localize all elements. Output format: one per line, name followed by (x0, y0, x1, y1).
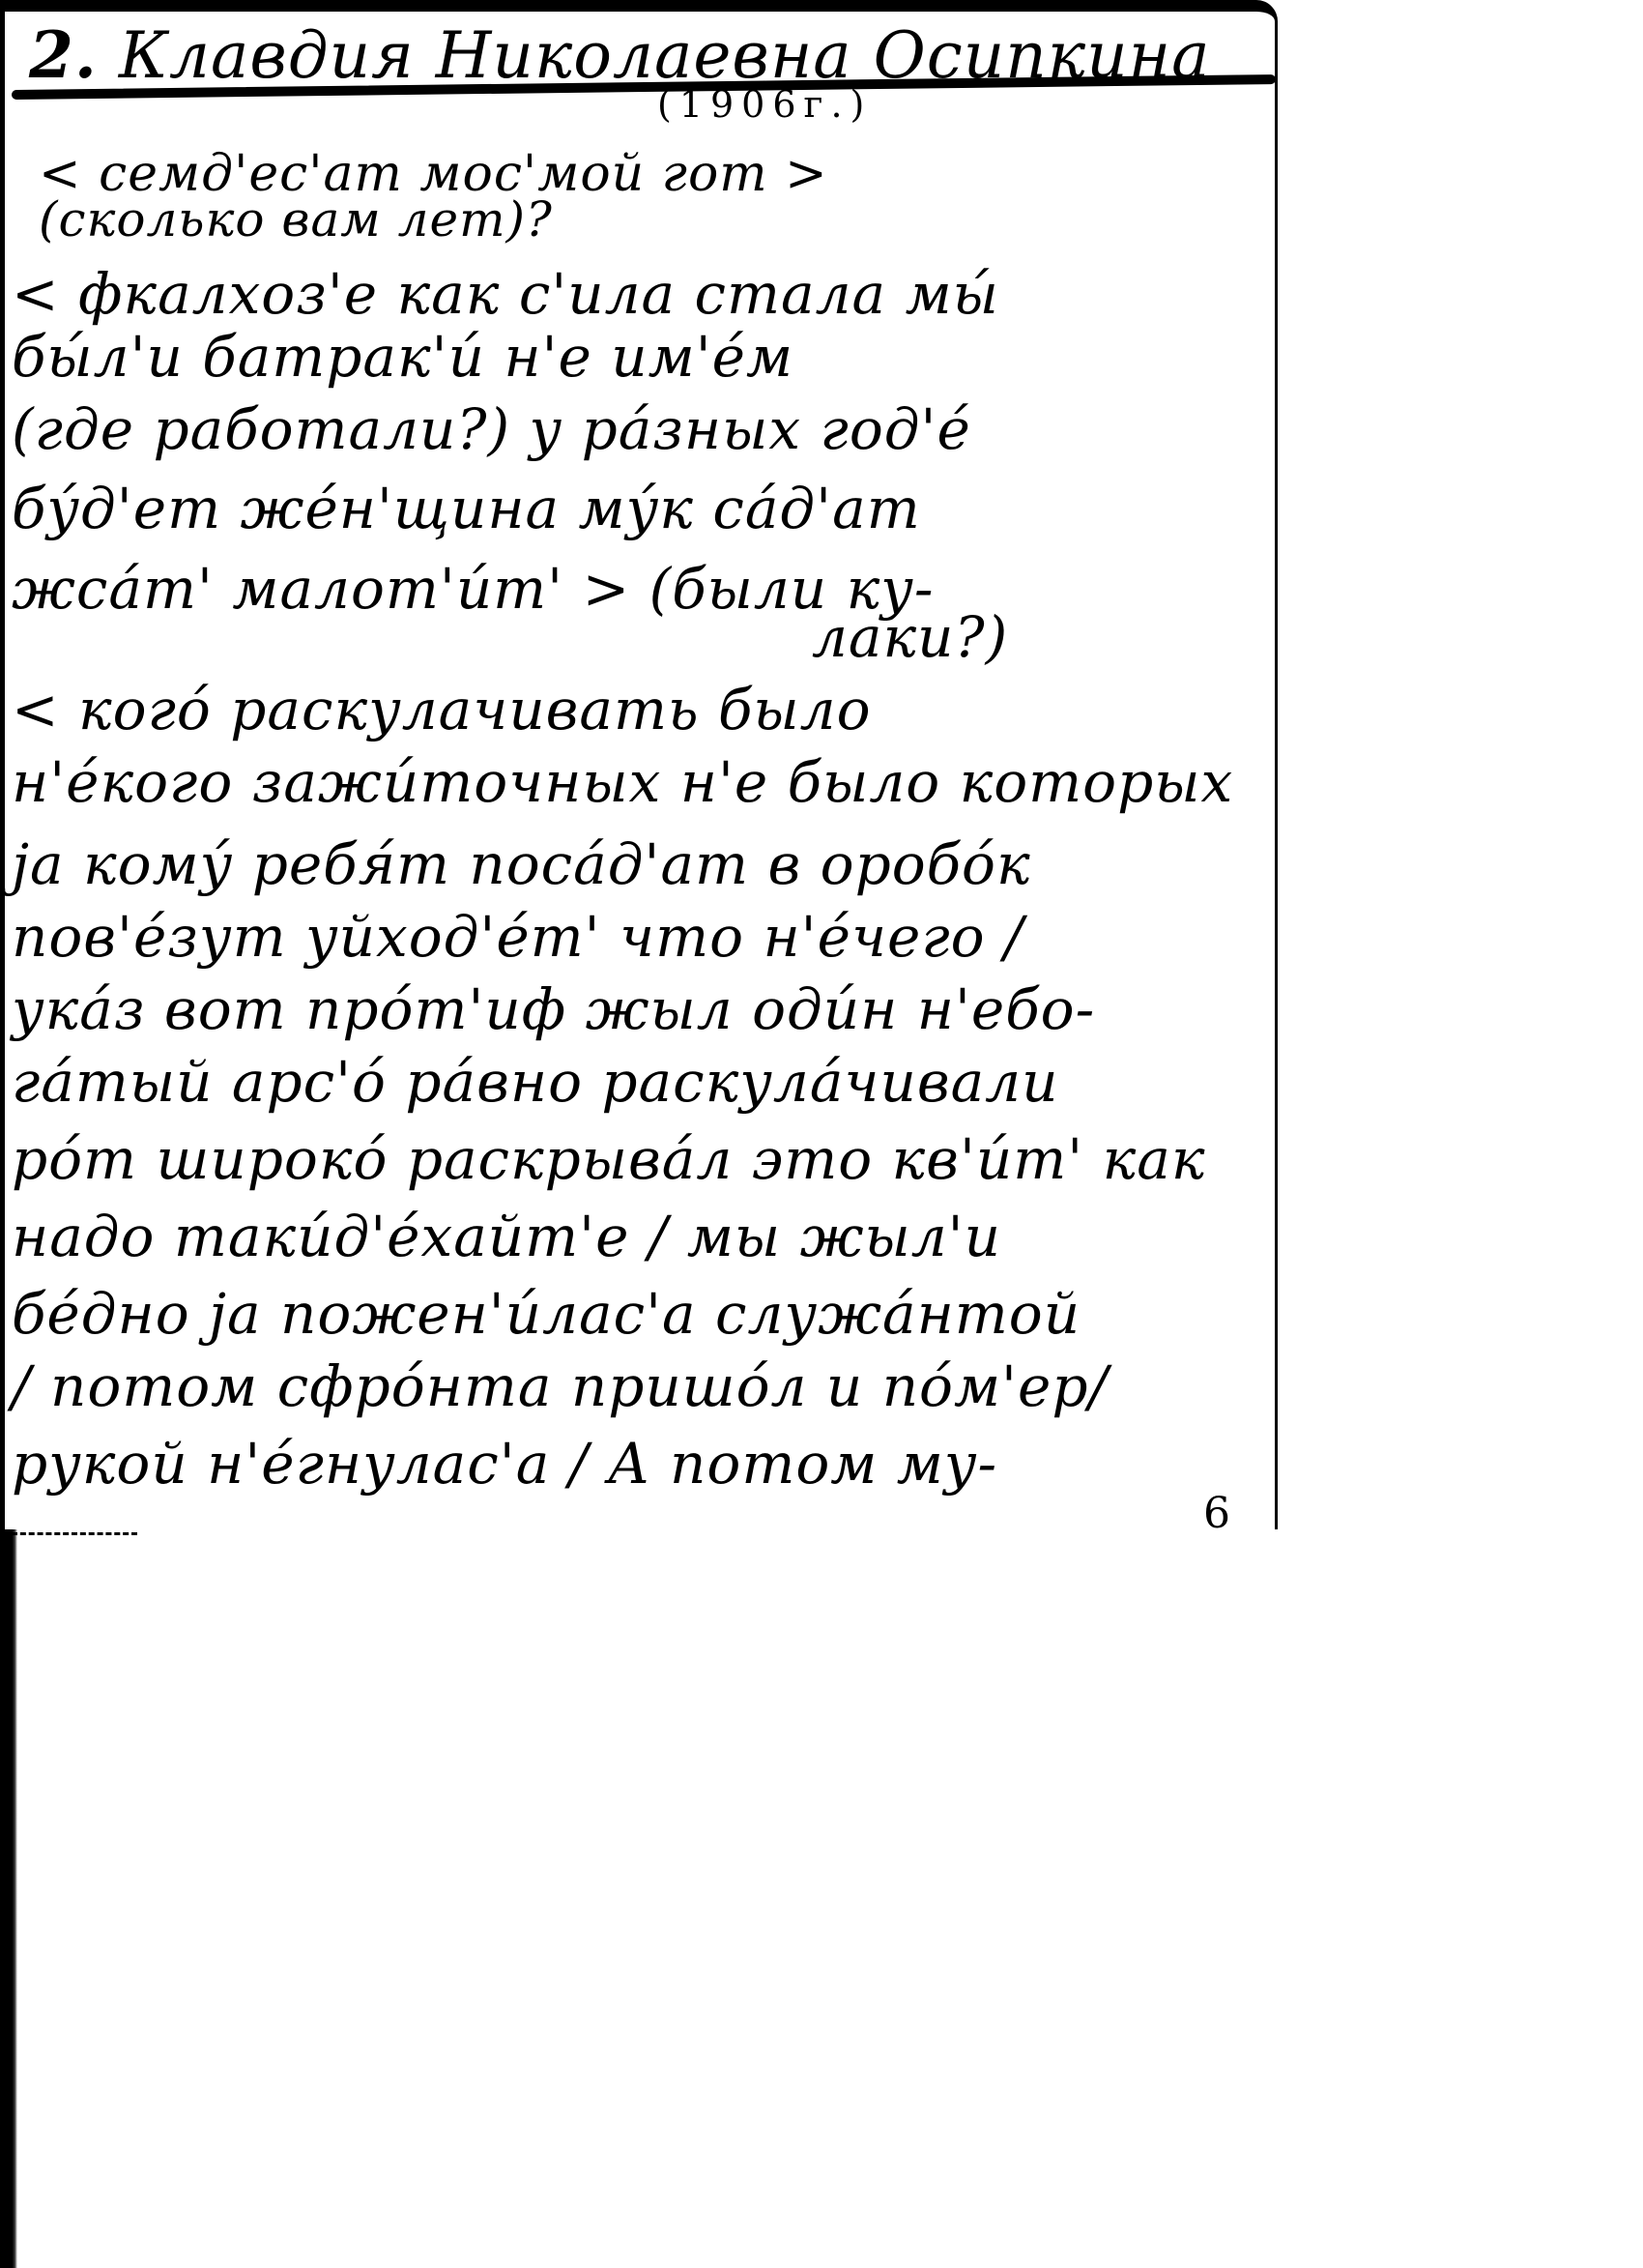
text-line: пов'е́зут уйход'е́т' что н'е́чего / (12, 904, 1024, 970)
card-bottom-edge (12, 1532, 137, 1535)
text-line: (сколько вам лет)? (39, 191, 553, 247)
text-line: ja кому́ ребя́т поса́д'ат в оробо́к (12, 831, 1031, 897)
text-line: н'е́кого зажи́точных н'е было которых (12, 749, 1233, 815)
text-line: га́тый арс'о́ ра́вно раскула́чивали (12, 1049, 1058, 1115)
scanner-shadow-edge (0, 1529, 17, 2268)
text-line: < кого́ раскулачивать было (12, 677, 872, 742)
birth-year: (1906г.) (657, 83, 872, 126)
page-number: 6 (1203, 1489, 1231, 1538)
entry-number: 2. (29, 17, 98, 93)
text-line: бы́л'и батрак'и́ н'е им'е́м (12, 324, 793, 390)
text-line: рукой н'е́гнулас'а / А потом му- (12, 1431, 997, 1497)
text-line: жса́т' малот'и́т' > (были ку- (12, 556, 934, 622)
text-line: лаки?) (812, 604, 1008, 670)
text-line: (где работали?) у ра́зных год'е́ (12, 396, 971, 462)
text-line: бе́дно ja пожен'и́лас'а служа́нтой (12, 1281, 1081, 1347)
text-line: бу́д'ет же́н'щина му́к са́д'ат (12, 476, 921, 541)
text-line: ро́т широко́ раскрыва́л это кв'и́т' как (12, 1126, 1205, 1192)
text-line: / потом сфро́нта пришо́л и по́м'ер/ (12, 1353, 1109, 1419)
text-line: надо таки́д'е́хайт'е / мы жыл'и (12, 1204, 1001, 1269)
text-line: ука́з вот про́т'иф жыл оди́н н'ебо- (12, 976, 1095, 1042)
text-line: < фкалхоз'е как с'ила стала мы́ (12, 261, 999, 327)
